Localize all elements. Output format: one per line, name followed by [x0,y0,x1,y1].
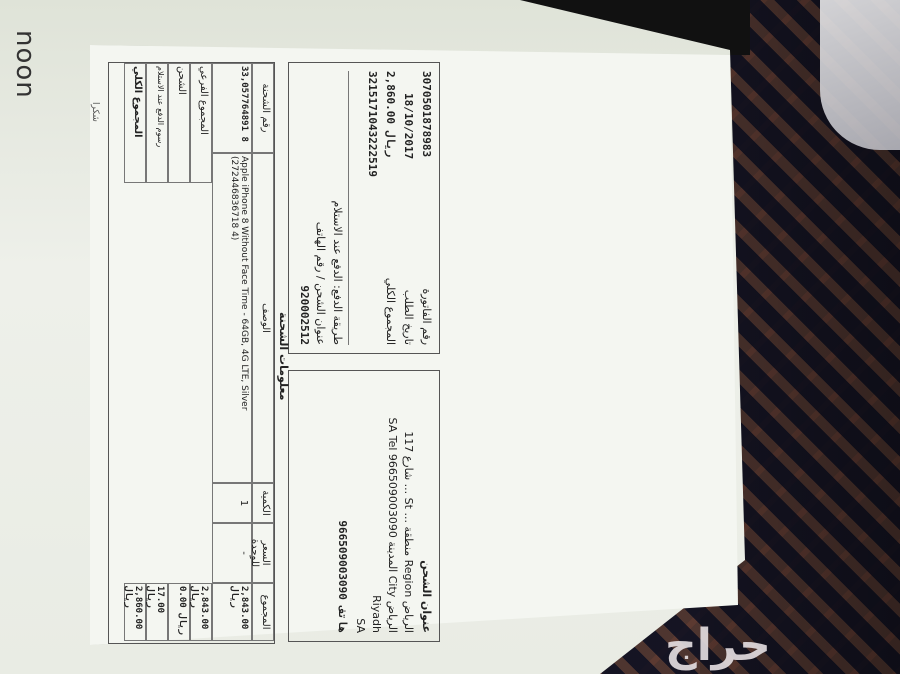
col-shipment-number: رقم الشحنة [252,63,274,153]
shipping-address-box: عنوان الشحن 117 شارع ... St ... منطقة Re… [288,370,440,642]
order-summary-box: رقم الفاتورة 3070501878983 تاريخ الطلب 1… [288,62,440,354]
address-line2: SA Tel 966509003090 المدينة City الرياض [386,418,399,633]
summary-shipping-label: الشحن [168,63,190,183]
tracking-number: 3215171043222519 [366,71,379,177]
phone: 966509003090 هاتف [336,520,349,633]
vat-number: 920002512 [298,285,311,345]
summary-total-label: المجموع الكلي [124,63,146,183]
invoice-receipt: رقم الفاتورة 3070501878983 تاريخ الطلب 1… [100,62,440,642]
summary-total-value: 2,860.00 ريال [124,583,146,641]
payment-method: طريقة الدفع: الدفع عند الاستلام [331,71,349,345]
row-quantity: 1 [212,483,252,523]
col-total: المجموع [252,583,274,641]
invoice-number: 3070501878983 [420,71,433,157]
row-unit-price: - [212,523,252,583]
items-table: رقم الشحنة الوصف الكمية السعر للوحدة الم… [108,62,275,644]
col-description: الوصف [252,153,274,483]
summary-subtotal-label: المجموع الفرعي [190,63,212,183]
summary-cod-label: رسوم الدفع عند الاستلام [146,63,168,183]
row-shipment-number: 33,057764891 8 [212,63,252,153]
col-quantity: الكمية [252,483,274,523]
order-date-label: تاريخ الطلب [402,290,415,345]
col-unit-price: السعر للوحدة [252,523,274,583]
items-section-title: معلومات الشحنة [277,312,290,400]
invoice-header: رقم الفاتورة 3070501878983 تاريخ الطلب 1… [290,62,440,642]
summary-shipping-value: 0.00 ريال [168,583,190,641]
row-description: Apple iPhone 8 Without Face Time - 64GB,… [212,153,252,483]
total-label: المجموع الكلي [384,278,397,345]
country: SA [354,618,367,633]
summary-cod-value: 17.00 ريال [146,583,168,641]
vat-label: عنوان الشحن / رقم الهاتف [314,222,327,345]
footer-note: شكرا [90,102,100,122]
row-total: 2,843.00 ريال [212,583,252,641]
summary-subtotal-value: 2,843.00 ريال [190,583,212,641]
brand-mark: noon [10,30,40,99]
order-date: 18/10/2017 [402,93,415,159]
haraj-watermark: حراج [665,620,771,671]
city: Riyadh [370,595,383,633]
address-line1: 117 شارع ... St ... منطقة Region الرياض [402,431,415,633]
invoice-number-label: رقم الفاتورة [420,288,433,345]
total-amount: 2,860.00 ريال [384,71,397,157]
shipping-title: عنوان الشحن [420,560,433,633]
